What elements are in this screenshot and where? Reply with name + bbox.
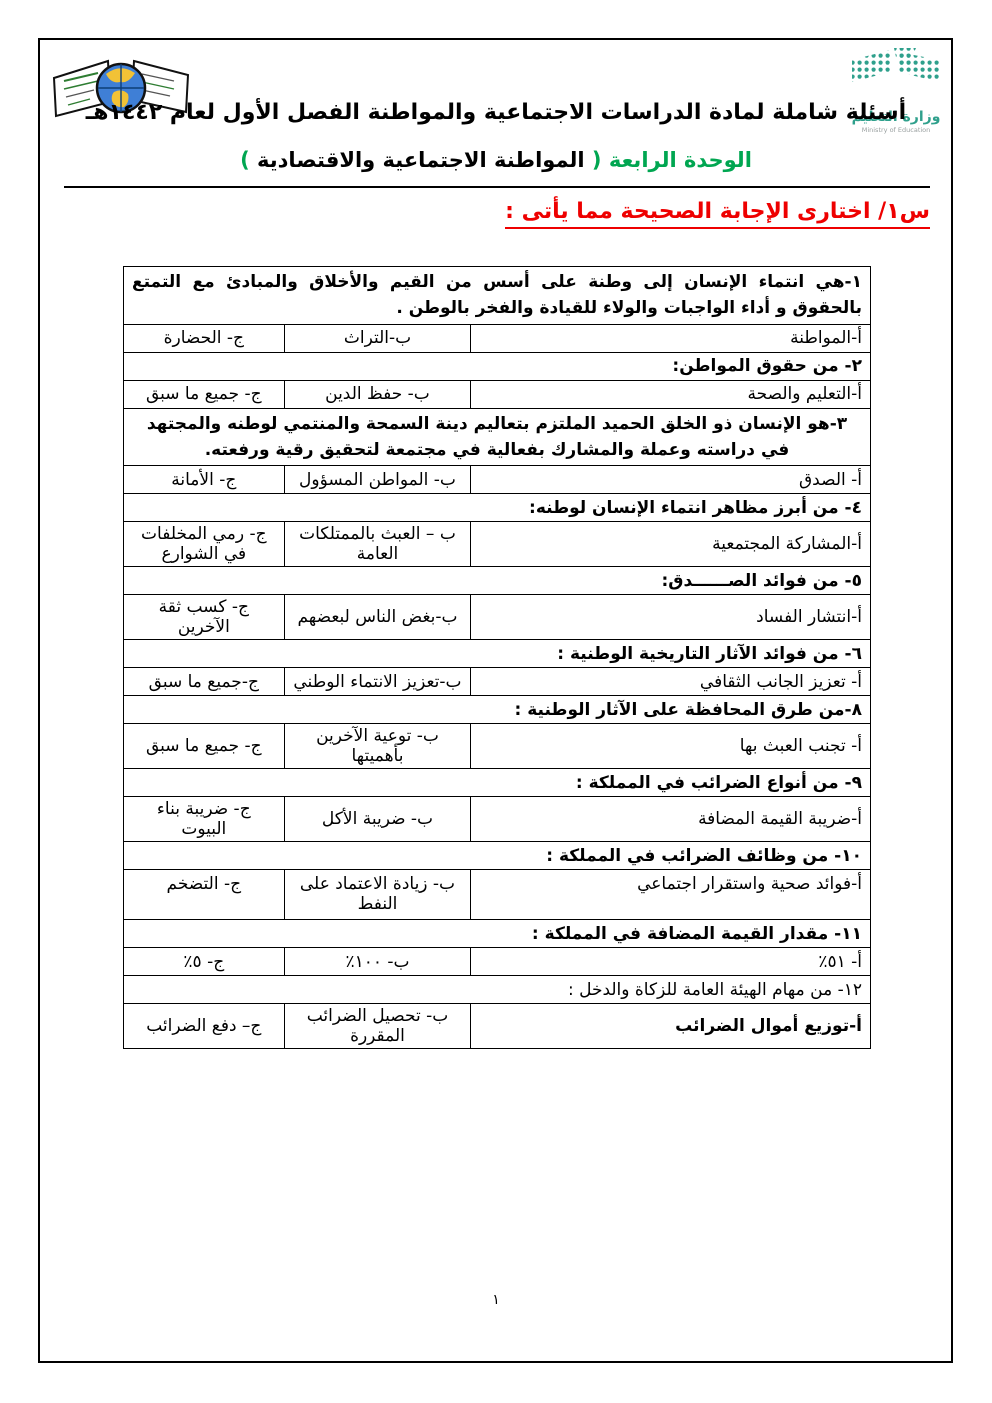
option-b: ب-التراث xyxy=(284,324,471,352)
option-b: ب-بغض الناس لبعضهم xyxy=(284,595,471,640)
options-row: أ-ضريبة القيمة المضافةب- ضريبة الأكلج- ض… xyxy=(124,797,871,842)
option-a: أ-توزيع أموال الضرائب xyxy=(471,1004,871,1049)
question-row: ١٠- من وظائف الضرائب في المملكة : xyxy=(124,842,871,870)
option-b: ب- توعية الآخرين بأهميتها xyxy=(284,724,471,769)
question-text: ٦- من فوائد الآثار التاريخية الوطنية : xyxy=(124,640,871,668)
question-row: ٩- من أنواع الضرائب في المملكة : xyxy=(124,769,871,797)
option-c: ج- التضخم xyxy=(124,870,285,920)
options-row: أ-المشاركة المجتمعيةب – العبث بالممتلكات… xyxy=(124,522,871,567)
page-number: ١ xyxy=(0,1292,992,1308)
option-b: ب- المواطن المسؤول xyxy=(284,466,471,494)
unit-close-paren: ) xyxy=(240,148,257,172)
options-row: أ-المواطنةب-التراثج- الحضارة xyxy=(124,324,871,352)
unit-name: المواطنة الاجتماعية والاقتصادية xyxy=(257,148,585,172)
option-a: أ-انتشار الفساد xyxy=(471,595,871,640)
document-title: أسئلة شاملة لمادة الدراسات الاجتماعية وا… xyxy=(60,100,932,125)
option-c: ج- ضريبة بناء البيوت xyxy=(124,797,285,842)
options-row: أ-فوائد صحية واستقرار اجتماعيب- زيادة ال… xyxy=(124,870,871,920)
options-row: أ-انتشار الفسادب-بغض الناس لبعضهمج- كسب … xyxy=(124,595,871,640)
question-one-prompt: س١/ اختارى الإجابة الصحيحة مما يأتى : xyxy=(505,199,930,229)
option-a: أ- الصدق xyxy=(471,466,871,494)
option-a: أ-المواطنة xyxy=(471,324,871,352)
options-row: أ-توزيع أموال الضرائبب- تحصيل الضرائب ال… xyxy=(124,1004,871,1049)
option-a: أ- ٥١٪ xyxy=(471,948,871,976)
option-a: أ-المشاركة المجتمعية xyxy=(471,522,871,567)
options-row: أ- تجنب العبث بهاب- توعية الآخرين بأهميت… xyxy=(124,724,871,769)
question-row: ٥- من فوائد الصــــــدق: xyxy=(124,567,871,595)
question-text: ١-هي انتماء الإنسان إلى وطنة على أسس من … xyxy=(124,267,871,325)
question-row: ١-هي انتماء الإنسان إلى وطنة على أسس من … xyxy=(124,267,871,325)
option-b: ب- ١٠٠٪ xyxy=(284,948,471,976)
option-b: ب- زيادة الاعتماد على النفط xyxy=(284,870,471,920)
option-a: أ-التعليم والصحة xyxy=(471,380,871,408)
question-text: ١١- مقدار القيمة المضافة في المملكة : xyxy=(124,920,871,948)
question-row: ٣-هو الإنسان ذو الخلق الحميد الملتزم بتع… xyxy=(124,408,871,466)
option-a: أ- تجنب العبث بها xyxy=(471,724,871,769)
option-c: ج- جميع ما سبق xyxy=(124,380,285,408)
unit-label: الوحدة الرابعة ( xyxy=(585,148,752,172)
header-divider xyxy=(64,186,930,188)
option-c: ج- رمي المخلفات في الشوارع xyxy=(124,522,285,567)
moe-dots-emblem-icon xyxy=(850,46,942,104)
question-row: ٨-من طرق المحافظة على الآثار الوطنية : xyxy=(124,696,871,724)
question-text: ٥- من فوائد الصــــــدق: xyxy=(124,567,871,595)
question-text: ٩- من أنواع الضرائب في المملكة : xyxy=(124,769,871,797)
option-b: ب- ضريبة الأكل xyxy=(284,797,471,842)
option-c: ج- جميع ما سبق xyxy=(124,724,285,769)
option-c: ج- ٥٪ xyxy=(124,948,285,976)
option-b: ب- حفظ الدين xyxy=(284,380,471,408)
options-row: أ- تعزيز الجانب الثقافيب-تعزيز الانتماء … xyxy=(124,668,871,696)
questions-table: ١-هي انتماء الإنسان إلى وطنة على أسس من … xyxy=(123,266,871,1049)
question-text: ١٢- من مهام الهيئة العامة للزكاة والدخل … xyxy=(124,976,871,1004)
option-a: أ-ضريبة القيمة المضافة xyxy=(471,797,871,842)
option-c: ج- الحضارة xyxy=(124,324,285,352)
question-text: ٣-هو الإنسان ذو الخلق الحميد الملتزم بتع… xyxy=(124,408,871,466)
option-b: ب – العبث بالممتلكات العامة xyxy=(284,522,471,567)
moe-logo-english-name: Ministry of Education xyxy=(844,126,948,134)
question-text: ٢- من حقوق المواطن: xyxy=(124,352,871,380)
options-row: أ-التعليم والصحةب- حفظ الدينج- جميع ما س… xyxy=(124,380,871,408)
option-a: أ-فوائد صحية واستقرار اجتماعي xyxy=(471,870,871,920)
unit-subtitle: الوحدة الرابعة ( المواطنة الاجتماعية وال… xyxy=(60,148,932,172)
question-row: ١٢- من مهام الهيئة العامة للزكاة والدخل … xyxy=(124,976,871,1004)
option-a: أ- تعزيز الجانب الثقافي xyxy=(471,668,871,696)
options-row: أ- الصدقب- المواطن المسؤولج- الأمانة xyxy=(124,466,871,494)
question-row: ٦- من فوائد الآثار التاريخية الوطنية : xyxy=(124,640,871,668)
question-text: ٤- من أبرز مظاهر انتماء الإنسان لوطنه: xyxy=(124,494,871,522)
question-row: ٢- من حقوق المواطن: xyxy=(124,352,871,380)
option-c: ج- الأمانة xyxy=(124,466,285,494)
option-b: ب- تحصيل الضرائب المقررة xyxy=(284,1004,471,1049)
options-row: أ- ٥١٪ب- ١٠٠٪ج- ٥٪ xyxy=(124,948,871,976)
option-c: ج-جميع ما سبق xyxy=(124,668,285,696)
option-c: ج- كسب ثقة الآخرين xyxy=(124,595,285,640)
question-text: ٨-من طرق المحافظة على الآثار الوطنية : xyxy=(124,696,871,724)
question-row: ٤- من أبرز مظاهر انتماء الإنسان لوطنه: xyxy=(124,494,871,522)
question-row: ١١- مقدار القيمة المضافة في المملكة : xyxy=(124,920,871,948)
option-b: ب-تعزيز الانتماء الوطني xyxy=(284,668,471,696)
question-text: ١٠- من وظائف الضرائب في المملكة : xyxy=(124,842,871,870)
questions-table-body: ١-هي انتماء الإنسان إلى وطنة على أسس من … xyxy=(124,267,871,1049)
option-c: ج– دفع الضرائب xyxy=(124,1004,285,1049)
